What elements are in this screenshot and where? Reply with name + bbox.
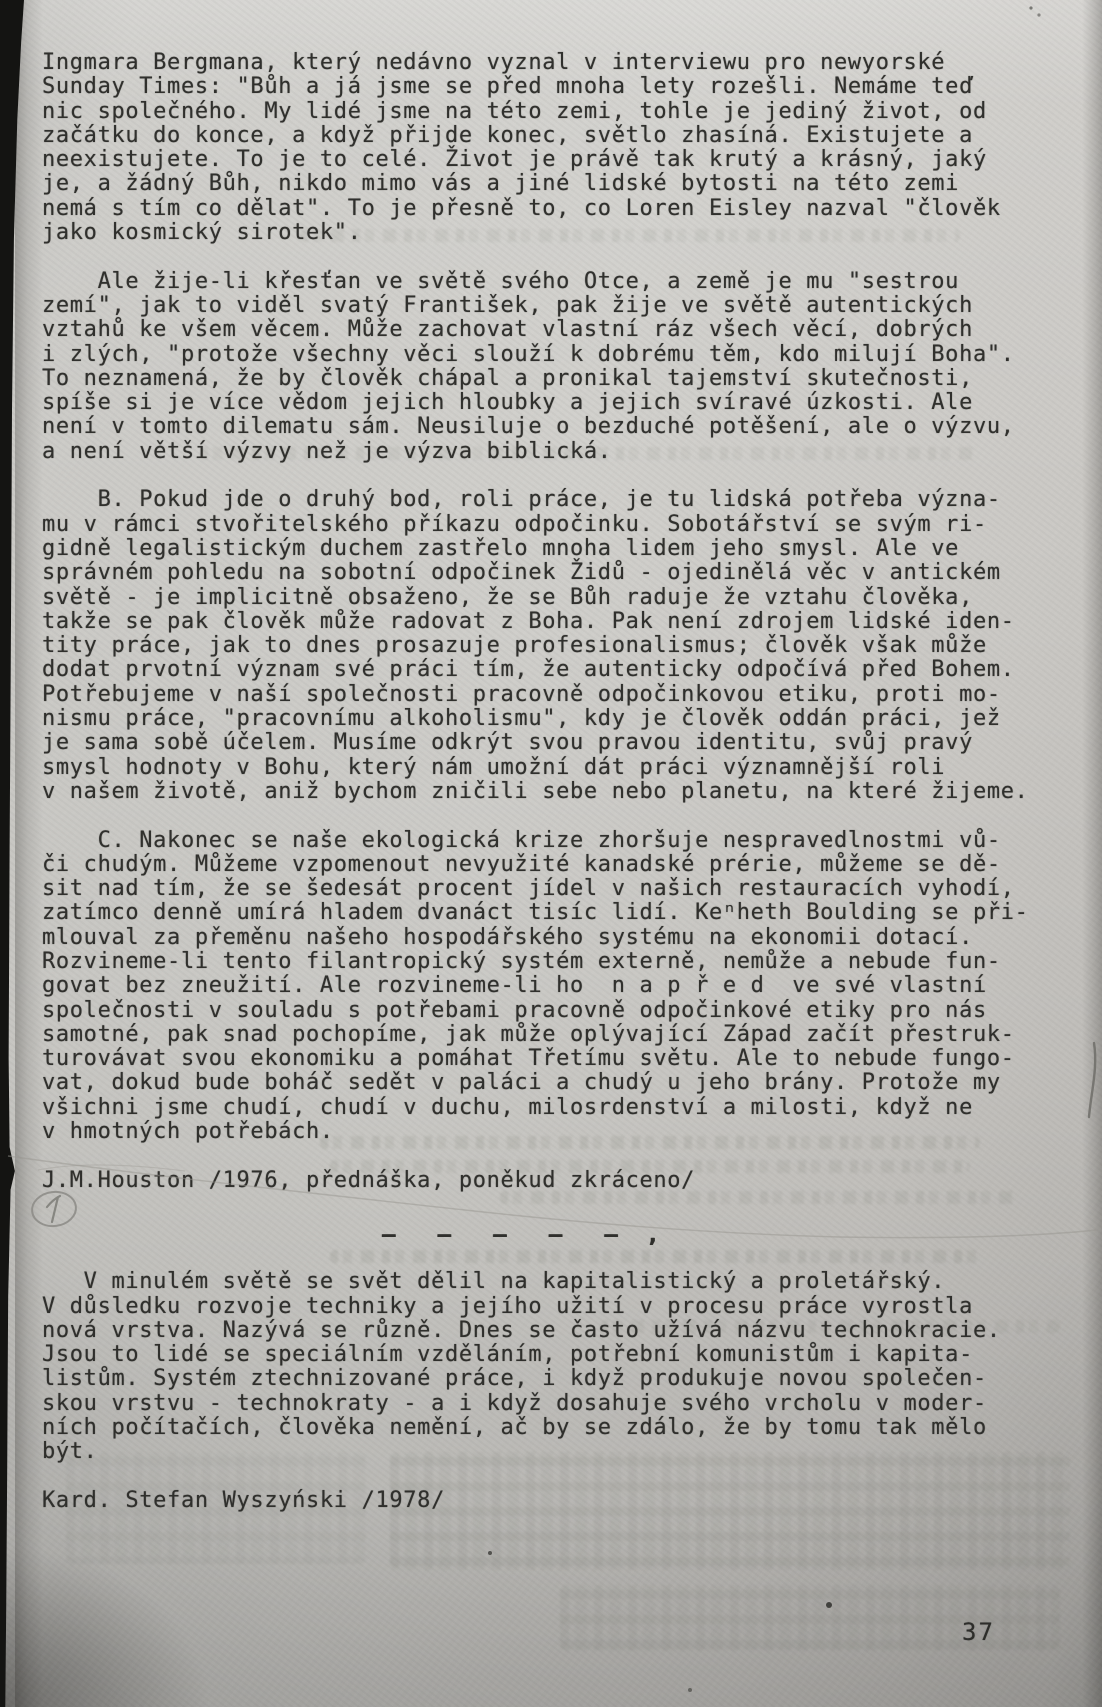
section-separator-dashes: — — — — — , (42, 1224, 1054, 1248)
ink-dot (1037, 13, 1040, 16)
paragraph-technocracy: V minulém světě se svět dělil na kapital… (42, 1270, 1054, 1464)
scanned-document-page: Ingmara Bergmana, který nedávno vyznal v… (0, 0, 1102, 1707)
ink-dot (1029, 6, 1032, 9)
paragraph-b-role-of-work: B. Pokud jde o druhý bod, roli práce, je… (42, 488, 1054, 804)
page-number: 37 (962, 1618, 995, 1646)
typewritten-text-column: Ingmara Bergmana, který nedávno vyznal v… (42, 51, 1054, 1538)
book-spine-bar (0, 0, 24, 1707)
paragraph-bergman-quote: Ingmara Bergmana, který nedávno vyznal v… (42, 51, 1054, 245)
gutter-shadow (15, 0, 43, 1707)
ink-dot (826, 1602, 832, 1608)
paragraph-c-ecology: C. Nakonec se naše ekologická krize zhor… (42, 829, 1054, 1145)
pen-margin-stroke (1089, 1043, 1095, 1117)
ink-dot (688, 1688, 692, 1692)
attribution-houston: J.M.Houston /1976, přednáška, poněkud zk… (42, 1169, 1054, 1193)
right-edge-shadow (1082, 0, 1102, 1707)
attribution-wyszynski: Kard. Stefan Wyszyński /1978/ (42, 1489, 1054, 1513)
paragraph-christian-world: Ale žije-li křesťan ve světě svého Otce,… (42, 270, 1054, 464)
ink-dot (488, 1551, 492, 1555)
